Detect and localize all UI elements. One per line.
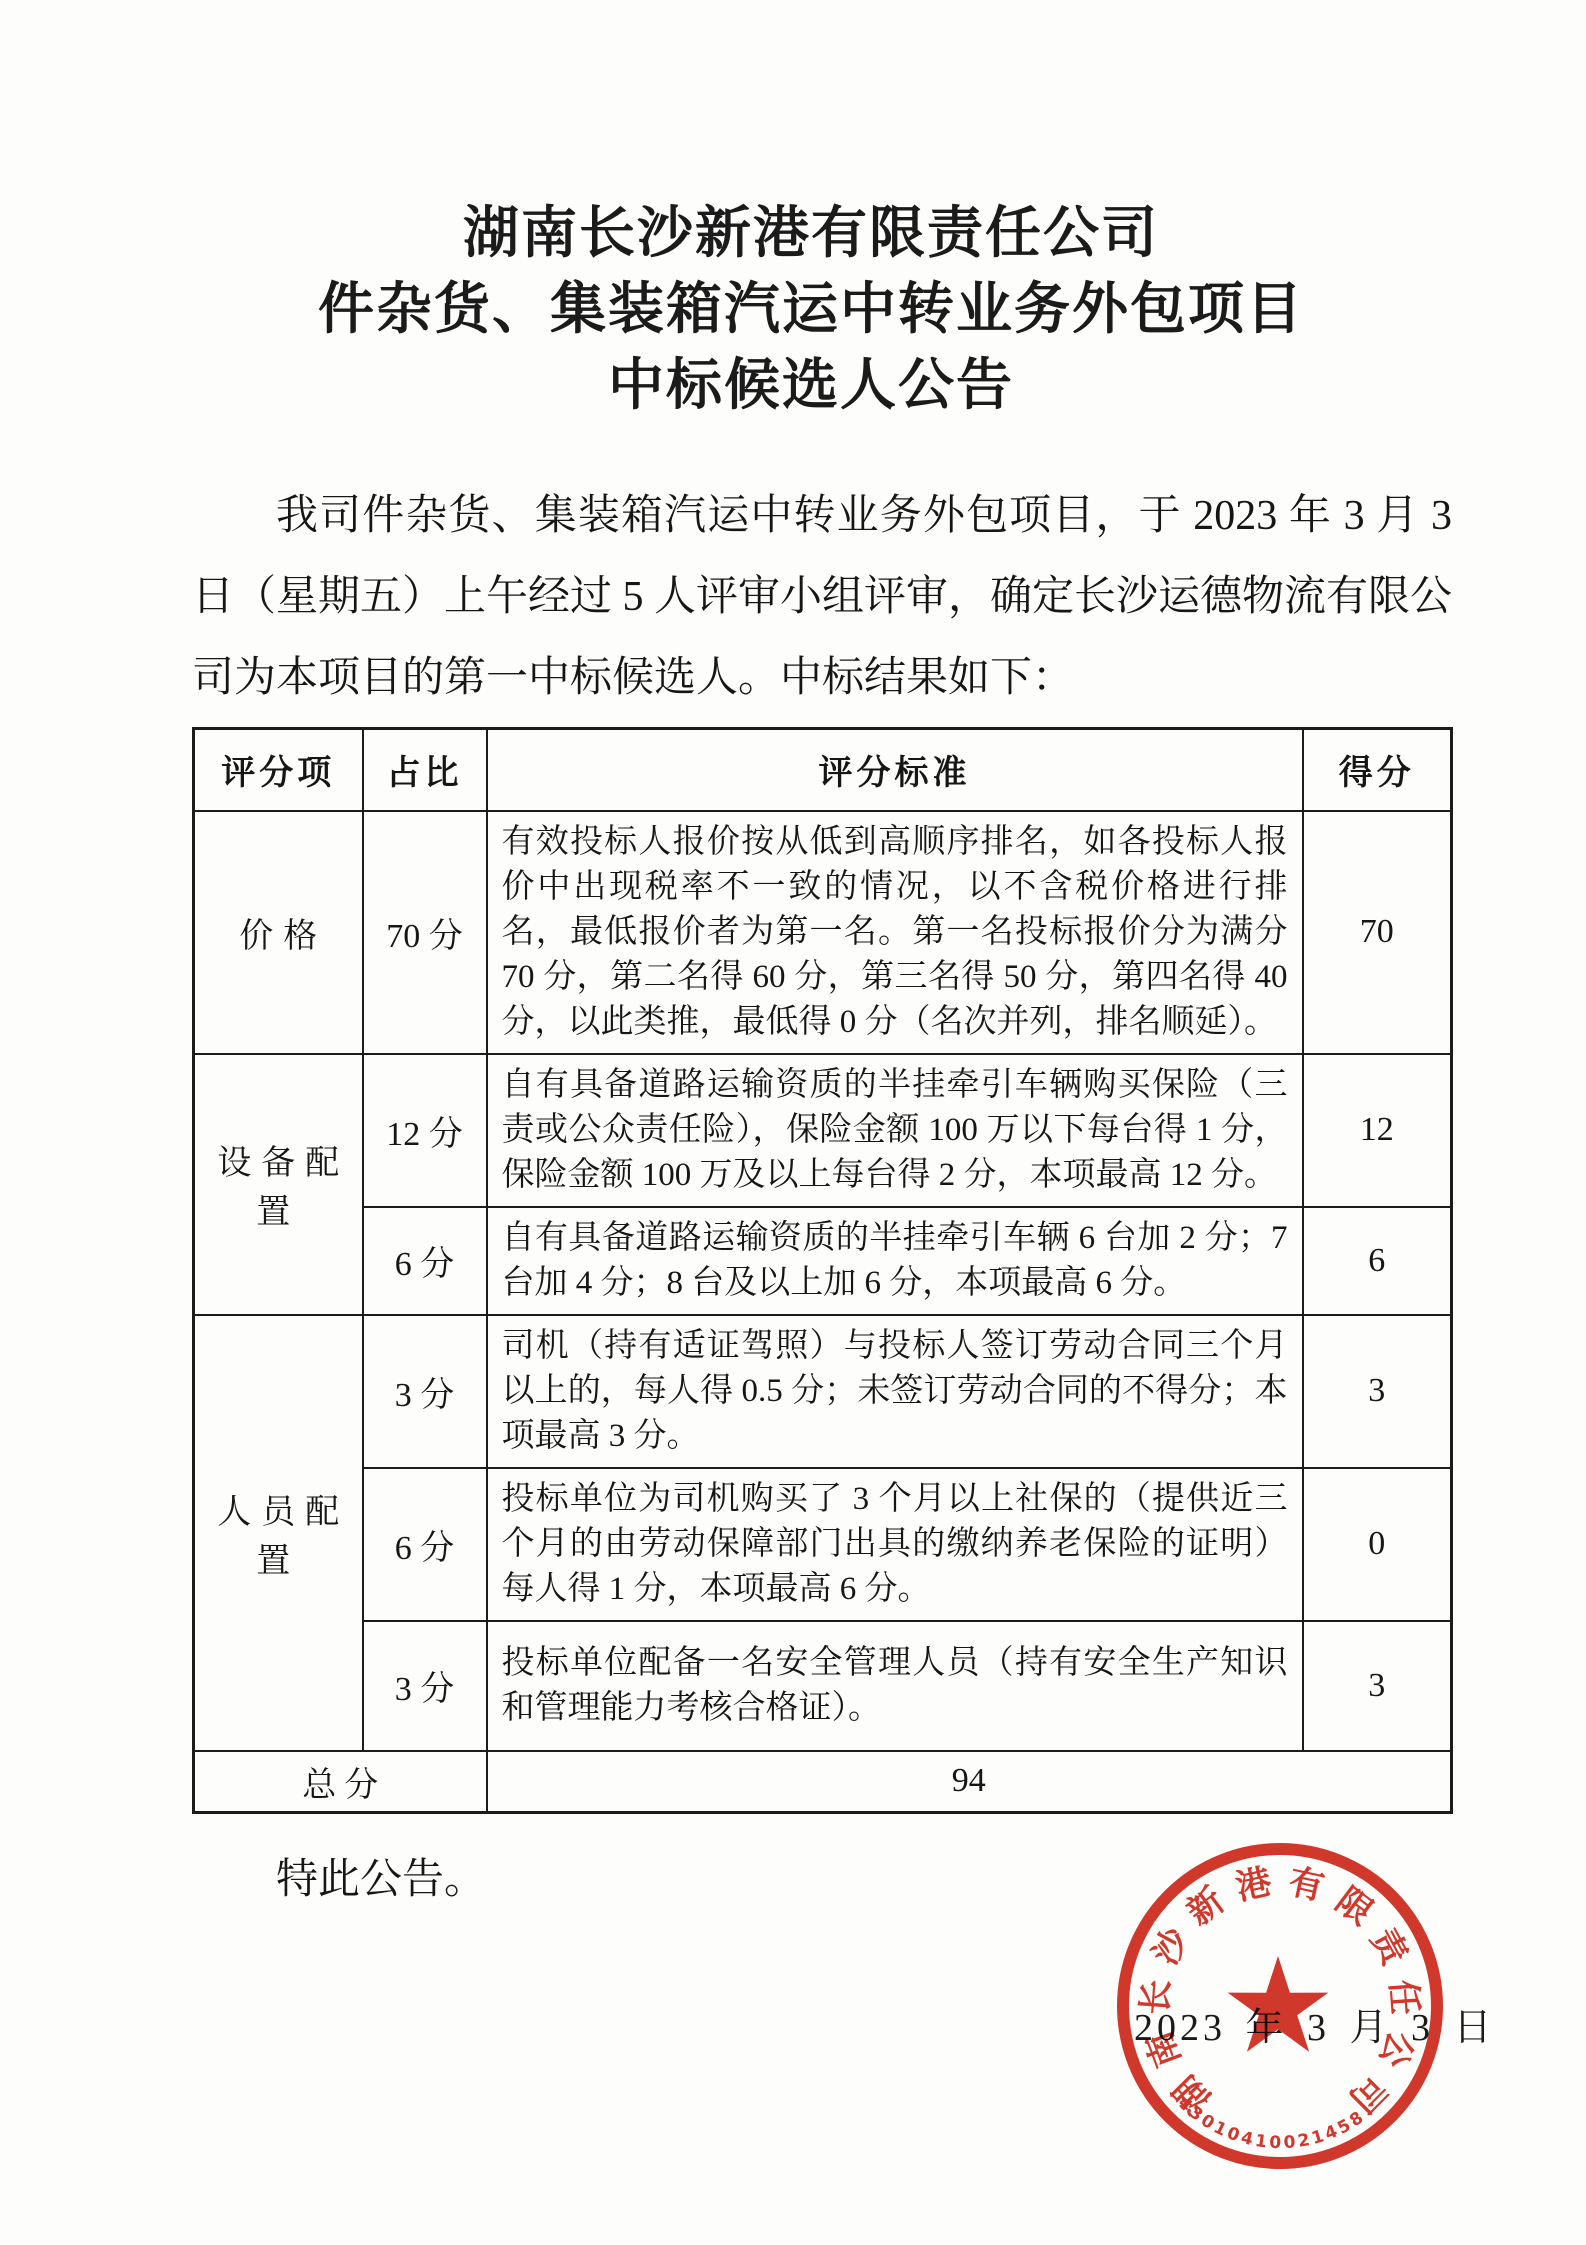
title-line-1: 湖南长沙新港有限责任公司 [18,196,1586,272]
cell-score: 3 [1303,1621,1452,1751]
intro-paragraph: 我司件杂货、集装箱汽运中转业务外包项目，于 2023 年 3 月 3 日（星期五… [192,476,1452,719]
svg-text:南: 南 [1139,2026,1188,2072]
document-page: 湖南长沙新港有限责任公司 件杂货、集装箱汽运中转业务外包项目 中标候选人公告 我… [0,0,1586,2245]
svg-text:沙: 沙 [1146,1920,1198,1971]
cell-score: 0 [1303,1468,1452,1621]
cell-score: 6 [1303,1207,1452,1315]
header-criteria: 评分标准 [487,729,1303,811]
table-row-equipment-1: 设备配置 12 分 自有具备道路运输资质的半挂牵引车辆购买保险（三责或公众责任险… [194,1054,1452,1207]
cell-item-equipment: 设备配置 [194,1054,363,1315]
cell-criteria: 自有具备道路运输资质的半挂牵引车辆 6 台加 2 分；7 台加 4 分；8 台及… [487,1207,1303,1315]
title-line-2: 件杂货、集装箱汽运中转业务外包项目 [18,272,1586,348]
cell-weight: 3 分 [363,1621,487,1751]
score-table: 评分项 占比 评分标准 得分 价格 70 分 有效投标人报价按从低到高顺序排名，… [192,727,1453,1814]
table-row-equipment-2: 6 分 自有具备道路运输资质的半挂牵引车辆 6 台加 2 分；7 台加 4 分；… [194,1207,1452,1315]
cell-criteria: 司机（持有适证驾照）与投标人签订劳动合同三个月以上的，每人得 0.5 分；未签订… [487,1315,1303,1468]
table-row-personnel-3: 3 分 投标单位配备一名安全管理人员（持有安全生产知识和管理能力考核合格证）。 … [194,1621,1452,1751]
header-weight: 占比 [363,729,487,811]
svg-text:任: 任 [1383,1978,1424,2016]
cell-criteria: 自有具备道路运输资质的半挂牵引车辆购买保险（三责或公众责任险），保险金额 100… [487,1054,1303,1207]
title-line-3: 中标候选人公告 [18,348,1586,424]
cell-score: 3 [1303,1315,1452,1468]
svg-text:新: 新 [1180,1881,1231,1933]
header-item: 评分项 [194,729,363,811]
total-score: 94 [487,1751,1452,1813]
table-total-row: 总分 94 [194,1751,1452,1813]
seal-star [1228,1956,1329,2052]
header-score: 得分 [1303,729,1452,811]
cell-criteria: 投标单位配备一名安全管理人员（持有安全生产知识和管理能力考核合格证）。 [487,1621,1303,1751]
cell-item-personnel: 人员配置 [194,1315,363,1751]
cell-criteria: 有效投标人报价按从低到高顺序排名，如各投标人报价中出现税率不一致的情况，以不含税… [487,811,1303,1054]
svg-text:港: 港 [1232,1862,1275,1908]
svg-text:限: 限 [1329,1881,1380,1933]
svg-text:0: 0 [1283,2132,1296,2153]
cell-weight: 70 分 [363,811,487,1054]
svg-text:2: 2 [1296,2130,1311,2152]
document-title: 湖南长沙新港有限责任公司 件杂货、集装箱汽运中转业务外包项目 中标候选人公告 [18,0,1586,424]
table-row-personnel-1: 人员配置 3 分 司机（持有适证驾照）与投标人签订劳动合同三个月以上的，每人得 … [194,1315,1452,1468]
cell-weight: 6 分 [363,1468,487,1621]
cell-weight: 12 分 [363,1054,487,1207]
cell-weight: 6 分 [363,1207,487,1315]
svg-text:0: 0 [1269,2133,1282,2153]
cell-weight: 3 分 [363,1315,487,1468]
cell-score: 12 [1303,1054,1452,1207]
cell-score: 70 [1303,811,1452,1054]
svg-text:长: 长 [1136,1978,1177,2016]
company-seal: 湖南长沙新港有限责任公司 43010410021458 [1110,1836,1450,2176]
svg-text:4: 4 [1239,2128,1255,2150]
svg-text:公: 公 [1372,2026,1421,2072]
table-row-personnel-2: 6 分 投标单位为司机购买了 3 个月以上社保的（提供近三个月的由劳动保障部门出… [194,1468,1452,1621]
table-row-price: 价格 70 分 有效投标人报价按从低到高顺序排名，如各投标人报价中出现税率不一致… [194,811,1452,1054]
svg-text:责: 责 [1363,1922,1415,1973]
cell-criteria: 投标单位为司机购买了 3 个月以上社保的（提供近三个月的由劳动保障部门出具的缴纳… [487,1468,1303,1621]
svg-text:1: 1 [1254,2131,1269,2152]
svg-text:有: 有 [1285,1862,1328,1908]
table-header-row: 评分项 占比 评分标准 得分 [194,729,1452,811]
cell-item-price: 价格 [194,811,363,1054]
total-label: 总分 [194,1751,487,1813]
